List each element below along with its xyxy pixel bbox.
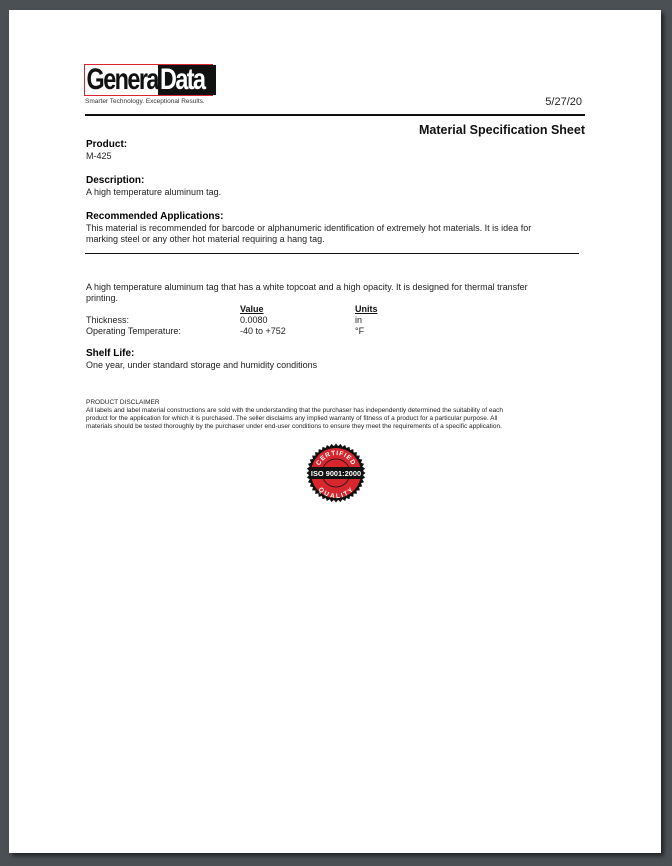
logo-tagline: Smarter Technology. Exceptional Results. [85, 98, 205, 105]
spec-value-temperature: -40 to +752 [240, 326, 286, 337]
header-divider [85, 114, 585, 116]
product-label: Product: [86, 139, 127, 150]
company-logo: General Data [84, 64, 213, 96]
shelf-life-label: Shelf Life: [86, 348, 134, 359]
spec-name-thickness: Thickness: [86, 315, 129, 326]
applications-label: Recommended Applications: [86, 211, 223, 222]
spec-units-temperature: °F [355, 326, 364, 337]
document-title: Material Specification Sheet [419, 123, 585, 137]
disclaimer-line-2: product for the application for which it… [86, 415, 497, 423]
specs-header-units: Units [355, 304, 378, 314]
svg-text:ISO 9001:2000: ISO 9001:2000 [311, 469, 361, 478]
spec-name-temperature: Operating Temperature: [86, 326, 181, 337]
specs-header-value: Value [240, 304, 264, 314]
summary-line-1: A high temperature aluminum tag that has… [86, 282, 528, 293]
logo-data: Data [158, 65, 216, 95]
product-value: M-425 [86, 151, 112, 162]
applications-line-1: This material is recommended for barcode… [86, 223, 531, 234]
iso-certified-seal-icon: CERTIFIED ISO 9001:2000 QUALITY [306, 443, 366, 503]
section-divider [85, 253, 579, 254]
logo-general: General [85, 65, 158, 95]
shelf-life-value: One year, under standard storage and hum… [86, 360, 317, 371]
spec-value-thickness: 0.0080 [240, 315, 268, 326]
disclaimer-title: PRODUCT DISCLAIMER [86, 399, 160, 407]
summary-line-2: printing. [86, 293, 118, 304]
disclaimer-line-1: All labels and label material constructi… [86, 407, 503, 415]
disclaimer-line-3: materials should be tested thoroughly by… [86, 423, 502, 431]
description-label: Description: [86, 175, 144, 186]
document-date: 5/27/20 [545, 96, 582, 108]
description-value: A high temperature aluminum tag. [86, 187, 221, 198]
spec-units-thickness: in [355, 315, 362, 326]
applications-line-2: marking steel or any other hot material … [86, 234, 325, 245]
